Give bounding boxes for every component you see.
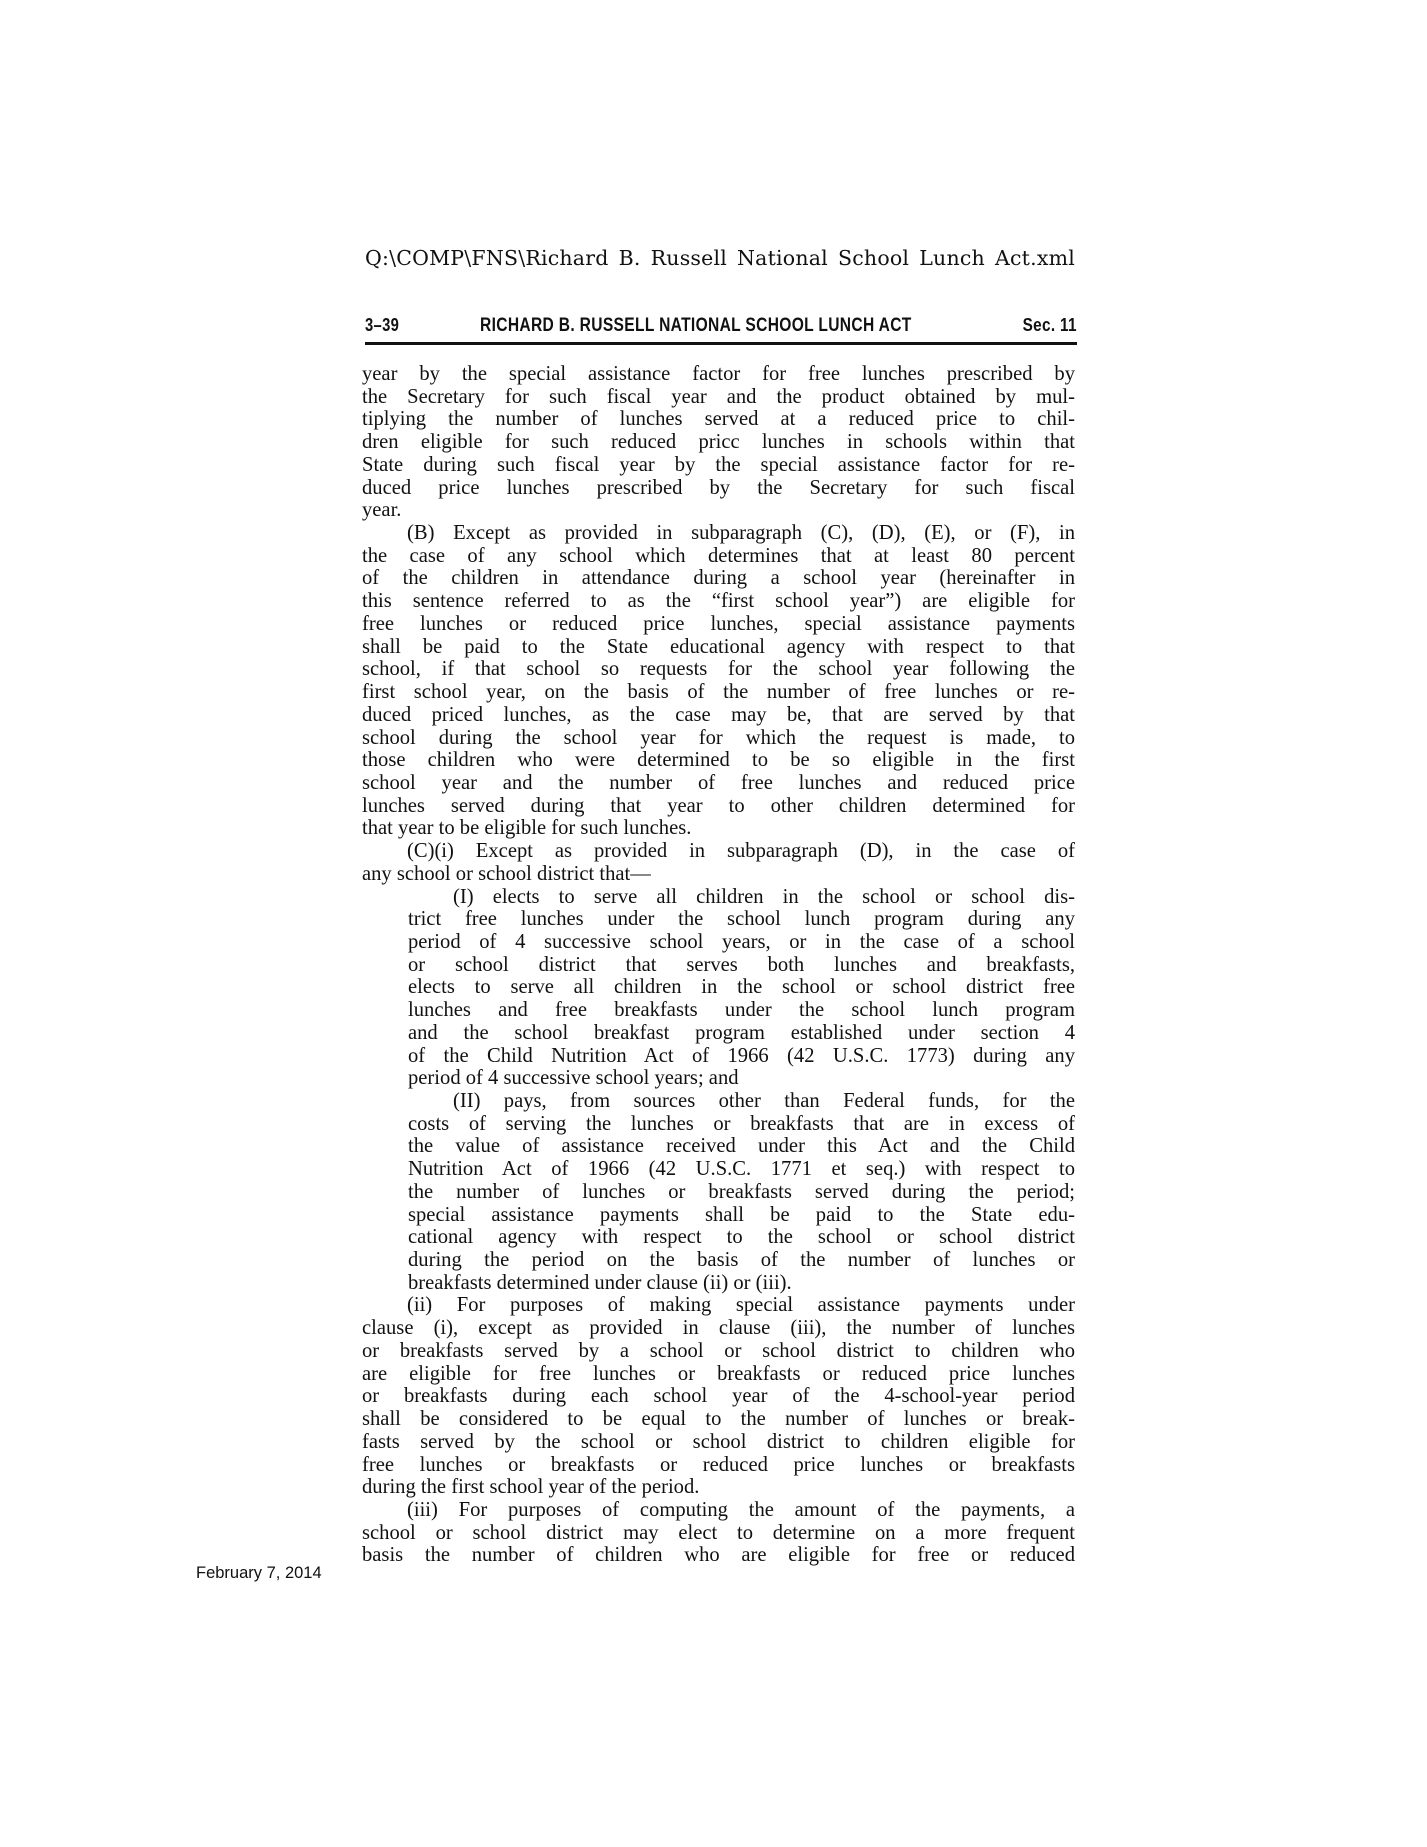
text-line: the Secretary for such fiscal year and t… [362,386,1075,409]
text-line: costs of serving the lunches or breakfas… [408,1113,1075,1136]
clause-iii: (iii) For purposes of computing the amou… [362,1499,1075,1567]
clause-ii: (ii) For purposes of making special assi… [362,1294,1075,1498]
text-line: (B) Except as provided in subparagraph (… [362,522,1075,545]
text-line: clause (i), except as provided in clause… [362,1317,1075,1340]
text-line: (I) elects to serve all children in the … [408,886,1075,909]
text-line: elects to serve all children in the scho… [408,976,1075,999]
text-line: and the school breakfast program establi… [408,1022,1075,1045]
text-line: during the first school year of the peri… [362,1476,1075,1499]
text-line: year. [362,499,1075,522]
text-line: fasts served by the school or school dis… [362,1431,1075,1454]
text-line: school or school district may elect to d… [362,1522,1075,1545]
text-line: or school district that serves both lunc… [408,954,1075,977]
text-line: that year to be eligible for such lunche… [362,817,1075,840]
text-line: free lunches or reduced price lunches, s… [362,613,1075,636]
text-line: breakfasts determined under clause (ii) … [408,1272,1075,1295]
paragraph-C-i: (C)(i) Except as provided in subparagrap… [362,840,1075,885]
text-line: duced priced lunches, as the case may be… [362,704,1075,727]
subclause-I: (I) elects to serve all children in the … [362,886,1075,1090]
text-line: period of 4 successive school years; and [408,1067,1075,1090]
text-line: Nutrition Act of 1966 (42 U.S.C. 1771 et… [408,1158,1075,1181]
text-line: lunches served during that year to other… [362,795,1075,818]
text-line: special assistance payments shall be pai… [408,1204,1075,1227]
text-line: those children who were determined to be… [362,749,1075,772]
text-line: (II) pays, from sources other than Feder… [408,1090,1075,1113]
text-line: duced price lunches prescribed by the Se… [362,477,1075,500]
text-line: trict free lunches under the school lunc… [408,908,1075,931]
page-number: 3–39 [365,315,399,336]
running-head-title: RICHARD B. RUSSELL NATIONAL SCHOOL LUNCH… [480,315,912,337]
text-line: basis the number of children who are eli… [362,1544,1075,1567]
text-line: (iii) For purposes of computing the amou… [362,1499,1075,1522]
text-line: any school or school district that— [362,863,1075,886]
text-line: or breakfasts served by a school or scho… [362,1340,1075,1363]
text-line: or breakfasts during each school year of… [362,1385,1075,1408]
text-line: shall be considered to be equal to the n… [362,1408,1075,1431]
text-line: year by the special assistance factor fo… [362,363,1075,386]
text-line: period of 4 successive school years, or … [408,931,1075,954]
paragraph-continuation: year by the special assistance factor fo… [362,363,1075,522]
text-line: during the period on the basis of the nu… [408,1249,1075,1272]
file-path-title: Q:\COMP\FNS\Richard B. Russell National … [365,246,1075,270]
text-line: school, if that school so requests for t… [362,658,1075,681]
text-line: lunches and free breakfasts under the sc… [408,999,1075,1022]
running-head: 3–39 RICHARD B. RUSSELL NATIONAL SCHOOL … [365,314,1077,345]
text-line: of the Child Nutrition Act of 1966 (42 U… [408,1045,1075,1068]
text-line: first school year, on the basis of the n… [362,681,1075,704]
text-line: are eligible for free lunches or breakfa… [362,1363,1075,1386]
footer-date: February 7, 2014 [196,1564,322,1583]
text-line: of the children in attendance during a s… [362,567,1075,590]
text-line: the number of lunches or breakfasts serv… [408,1181,1075,1204]
text-line: (C)(i) Except as provided in subparagrap… [362,840,1075,863]
text-line: school during the school year for which … [362,727,1075,750]
text-line: State during such fiscal year by the spe… [362,454,1075,477]
text-line: the value of assistance received under t… [408,1135,1075,1158]
text-line: (ii) For purposes of making special assi… [362,1294,1075,1317]
text-line: shall be paid to the State educational a… [362,636,1075,659]
text-line: the case of any school which determines … [362,545,1075,568]
text-line: school year and the number of free lunch… [362,772,1075,795]
body-text: year by the special assistance factor fo… [362,363,1075,1567]
section-label: Sec. 11 [1023,315,1077,336]
text-line: cational agency with respect to the scho… [408,1226,1075,1249]
text-line: this sentence referred to as the “first … [362,590,1075,613]
text-line: free lunches or breakfasts or reduced pr… [362,1454,1075,1477]
text-line: dren eligible for such reduced pricc lun… [362,431,1075,454]
text-line: tiplying the number of lunches served at… [362,408,1075,431]
subclause-II: (II) pays, from sources other than Feder… [362,1090,1075,1294]
paragraph-B: (B) Except as provided in subparagraph (… [362,522,1075,840]
